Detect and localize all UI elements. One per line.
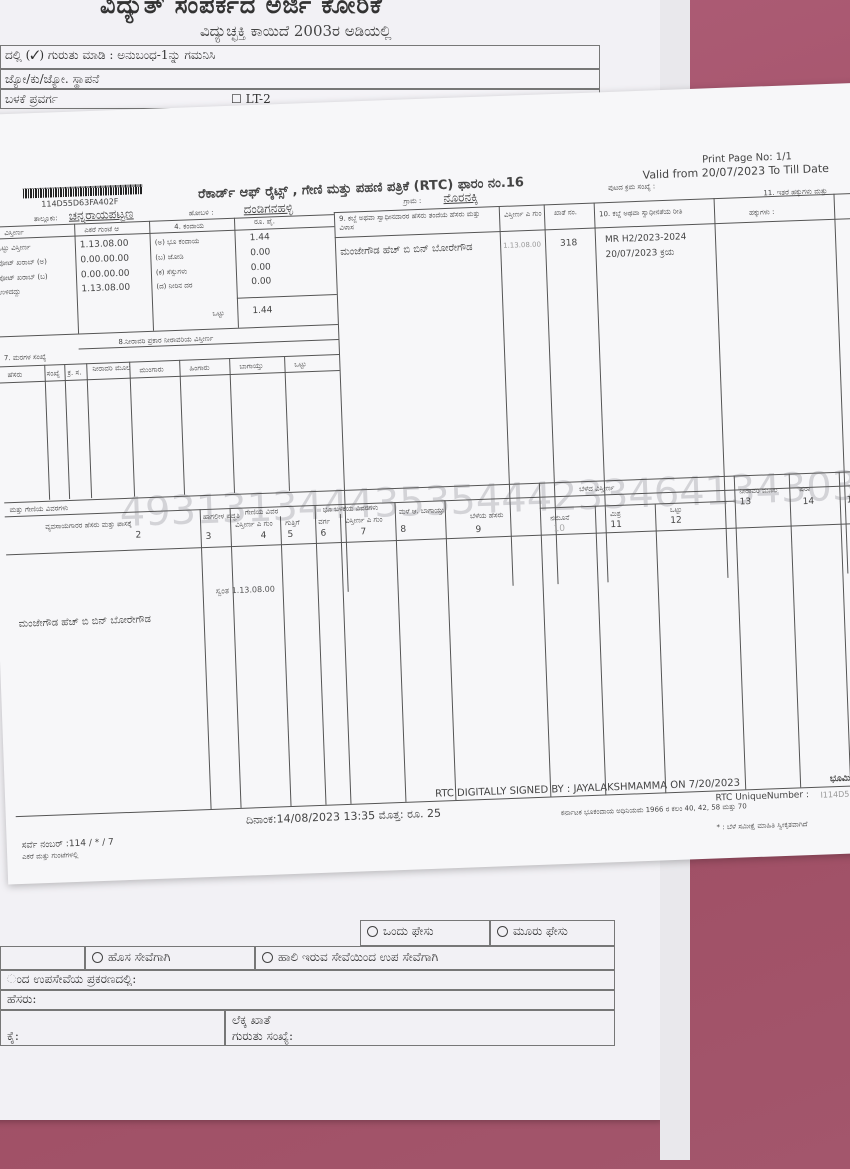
service-type-section: ಒಂದು ಫೇಸು ಮೂರು ಫೇಸು ಹೊಸ ಸೇವೆಗಾಗಿ ಹಾಲಿ ಇರ…	[0, 915, 620, 1025]
issue-date-amount: ದಿನಾಂಕ:14/08/2023 13:35 ಮೊತ್ತ: ರೂ. 25	[246, 807, 441, 828]
radio-icon	[262, 952, 273, 963]
account-id-field[interactable]: ಲೆಕ್ಕ ಖಾತೆ ಗುರುತು ಸಂಖ್ಯೆ:	[225, 1010, 615, 1046]
land-revenue: 1.44	[250, 232, 270, 243]
radio-icon	[497, 926, 508, 937]
radio-icon	[367, 926, 378, 937]
revenue-total: 1.44	[252, 305, 272, 316]
mutation-number: MR H2/2023-2024	[605, 232, 687, 245]
serial-label: ಪುಟದ ಕ್ರಮ ಸಂಖ್ಯೆ :	[608, 182, 655, 193]
mutation-date: 20/07/2023 ಕ್ರಯ	[605, 248, 674, 261]
act-reference: ಕರ್ನಾಟಕ ಭೂಕಂದಾಯ ಅಧಿನಿಯಮ 1966 ರ ಕಲಂ 40, 4…	[561, 802, 747, 818]
digital-signature: RTC DIGITALLY SIGNED BY : JAYALAKSHMAMMA…	[435, 778, 740, 800]
new-service-option[interactable]: ಹೊಸ ಸೇವೆಗಾಗಿ	[85, 946, 255, 970]
form-title: ವಿದ್ಯುತ್ ಸಂಪರ್ಕದ ಅರ್ಜಿ ಕೋರಿಕೆ	[100, 0, 383, 19]
sub-service-option[interactable]: ಹಾಲಿ ಇರುವ ಸೇವೆಯಿಂದ ಉಪ ಸೇವೆಗಾಗಿ	[255, 946, 615, 970]
blank-cell	[0, 946, 85, 970]
remaining-area: 1.13.08.00	[81, 283, 130, 295]
instruction-row: ದಲ್ಲಿ (✓) ಗುರುತು ಮಾಡಿ : ಅನುಬಂಧ-1ನ್ನು ಗಮನ…	[0, 45, 600, 69]
unique-number: I114D55D63FA	[820, 788, 850, 799]
phase-three-option[interactable]: ಮೂರು ಫೇಸು	[490, 920, 615, 946]
owner-area: 1.13.08.00	[503, 241, 541, 250]
khata-number: 318	[560, 238, 578, 249]
left-field[interactable]: ಕೈ:	[0, 1010, 225, 1046]
phase-one-option[interactable]: ಒಂದು ಫೇಸು	[360, 920, 490, 946]
radio-icon	[92, 952, 103, 963]
owner-name: ಮಂಜೇಗೌಡ ಹೆಚ್ ಬಿ ಬಿನ್ ಬೋರೇಗೌಡ	[340, 242, 473, 258]
total-area: 1.13.08.00	[80, 239, 129, 251]
rtc-document: 114D55D63FA402F ರೆಕಾರ್ಡ್ ಆಫ್ ರೈಟ್ಸ್ , ಗೇ…	[0, 82, 850, 884]
sub-service-case-row: ಂದ ಉಪಸೇವೆಯ ಪ್ರಕರಣದಲ್ಲಿ:	[0, 970, 615, 990]
survey-number: ಸರ್ವೆ ನಂಬರ್ :114 / * / 7	[22, 838, 114, 851]
cultivator-area: ಸ್ವಂತ 1.13.08.00	[215, 585, 275, 597]
form-subtitle: ವಿದ್ಯುಚ್ಛಕ್ತಿ ಕಾಯಿದೆ 2003ರ ಅಡಿಯಲ್ಲಿ	[200, 22, 392, 40]
name-row[interactable]: ಹೆಸರು:	[0, 990, 615, 1010]
valid-from: Valid from 20/07/2023 To Till Date	[642, 162, 829, 182]
installation-row: ಜ್ಯೋ/ಕು/ಜ್ಯೋ. ಸ್ಥಾಪನೆ	[0, 69, 600, 89]
barcode	[23, 184, 143, 198]
village: ನೊರನಕ್ಕಿ	[443, 190, 478, 206]
crop-survey-note: * : ಬೆಳೆ ಸಮೀಕ್ಷೆ ಮಾಹಿತಿ ಸ್ವೀಕೃತವಾಗಿದೆ	[716, 820, 807, 832]
cultivator-name: ಮಂಜೇಗೌಡ ಹೆಚ್ ಬಿ ಬಿನ್ ಬೋರೇಗೌಡ	[18, 614, 151, 630]
